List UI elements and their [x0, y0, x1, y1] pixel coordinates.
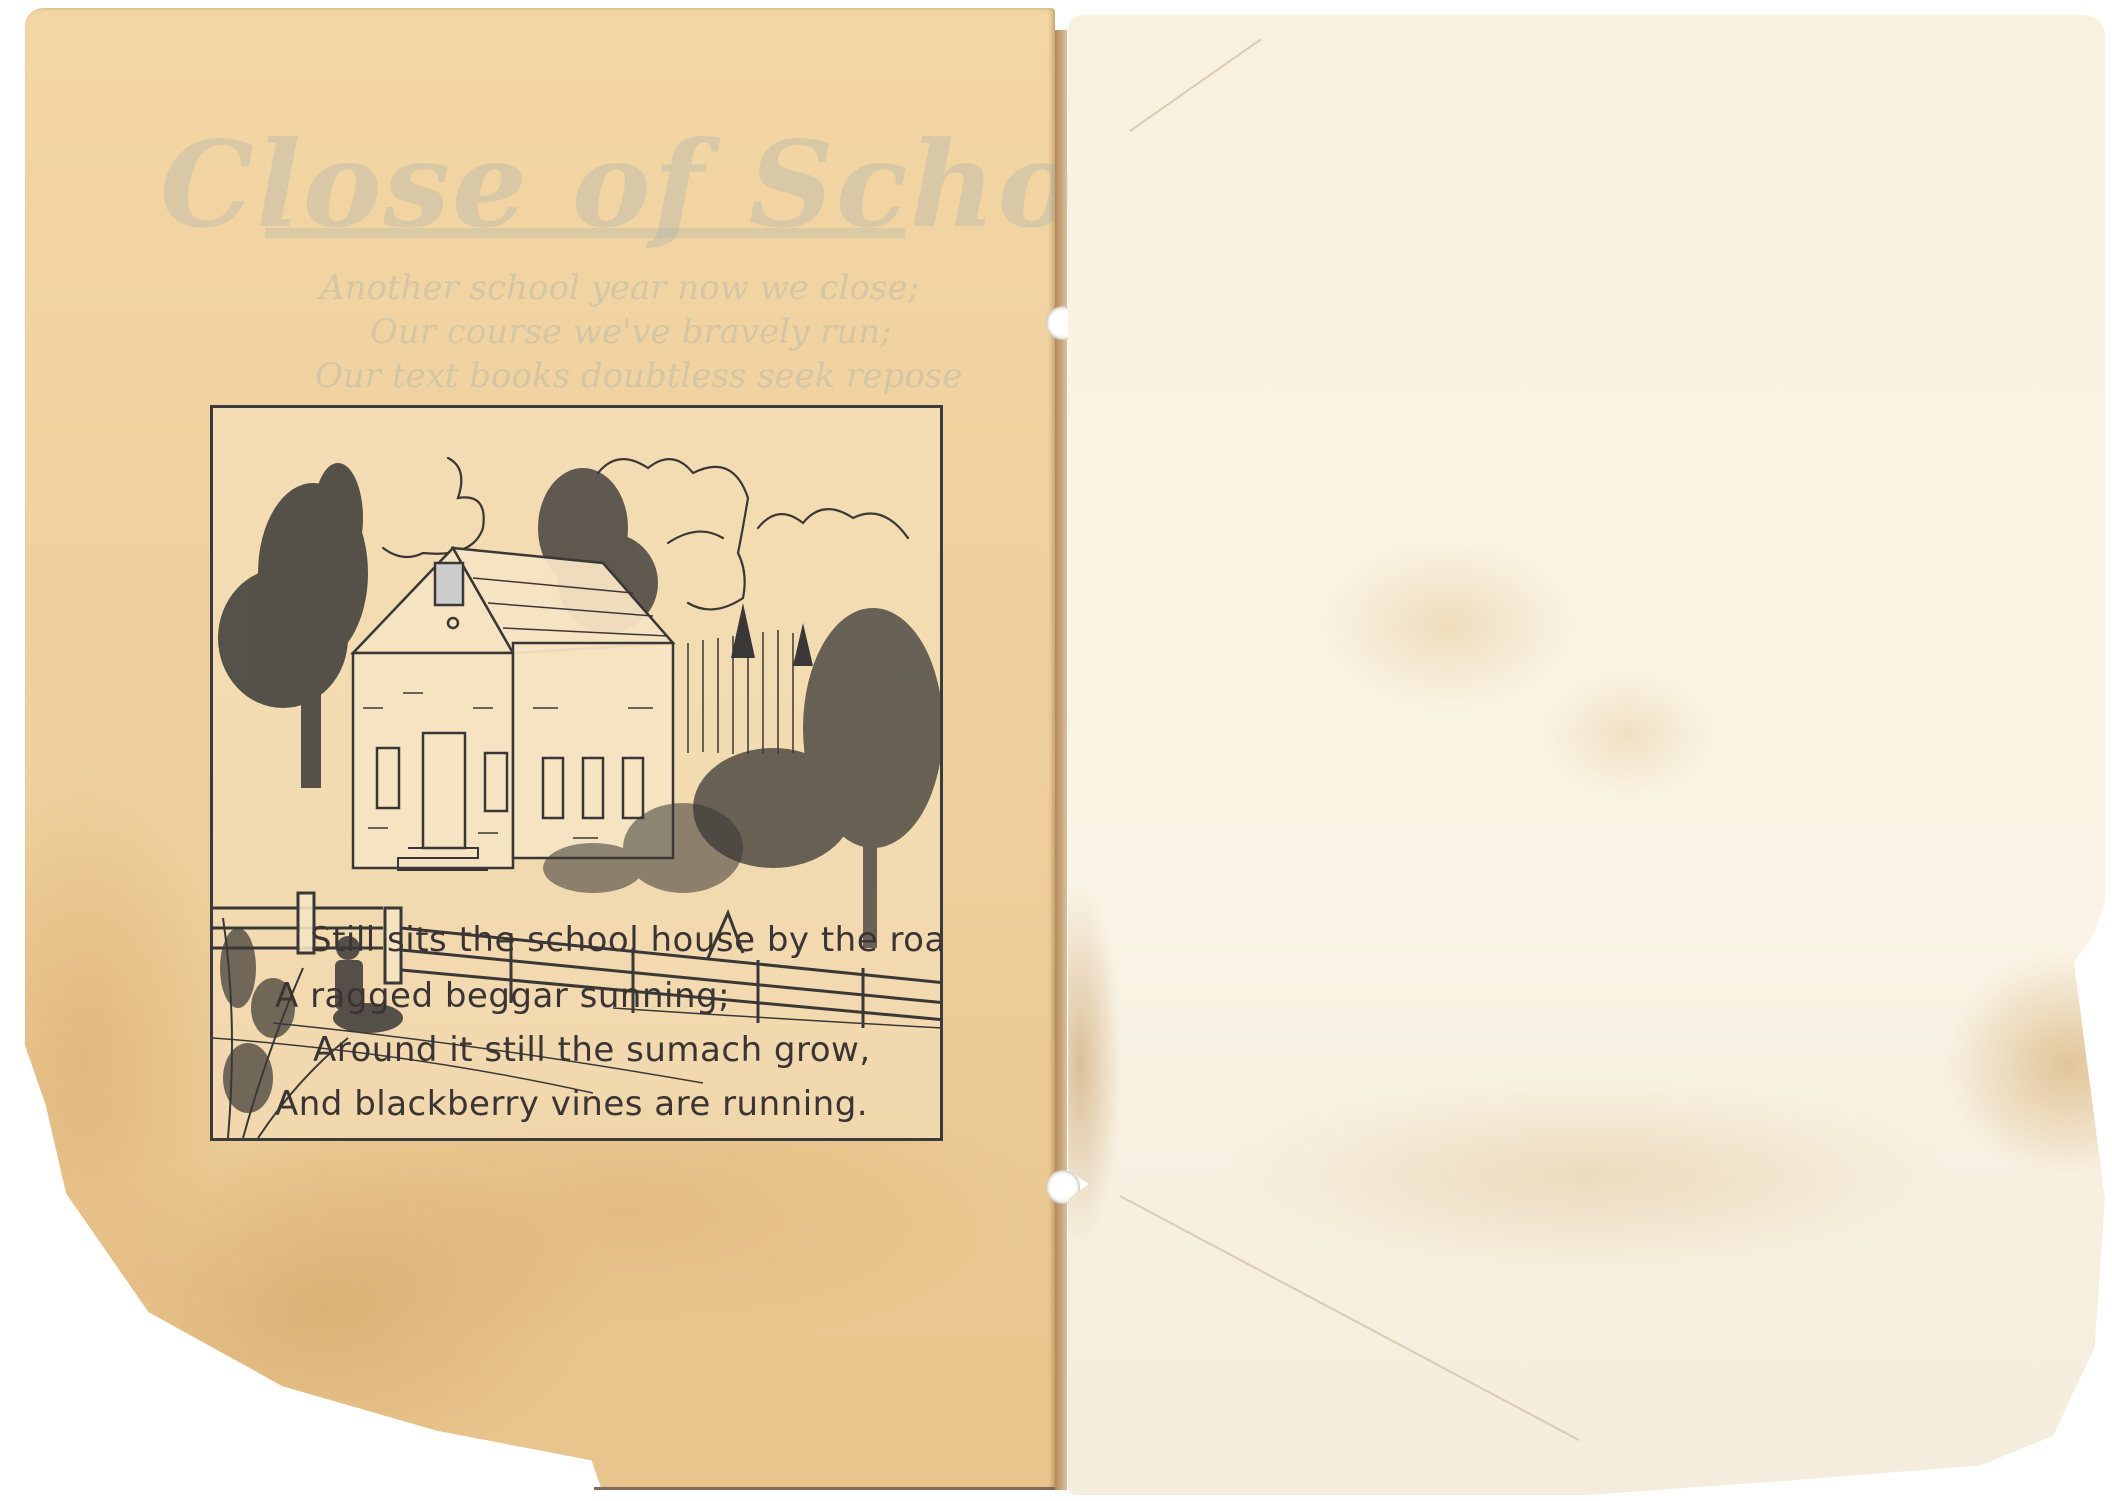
illustration-frame: Still sits the school house by the road,… [210, 405, 943, 1141]
poem-line-3: Around it still the sumach grow, [313, 1030, 871, 1070]
left-page-bottom-edge [594, 1487, 1055, 1490]
bleed-through-line: Our course we've bravely run; [370, 312, 892, 352]
bleed-through-line: Another school year now we close; [320, 268, 919, 308]
poem-line-4: And blackberry vines are running. [275, 1084, 868, 1124]
poem-block: Still sits the school house by the road,… [213, 408, 940, 1138]
right-page [1068, 15, 2105, 1495]
bleed-through-line: Our text books doubtless seek repose [315, 356, 962, 396]
poem-line-1: Still sits the school house by the road, [310, 920, 943, 960]
bleed-through-rule [265, 228, 905, 238]
poem-line-2: A ragged beggar sunning; [275, 976, 730, 1016]
booklet-spine [1055, 30, 1067, 1490]
